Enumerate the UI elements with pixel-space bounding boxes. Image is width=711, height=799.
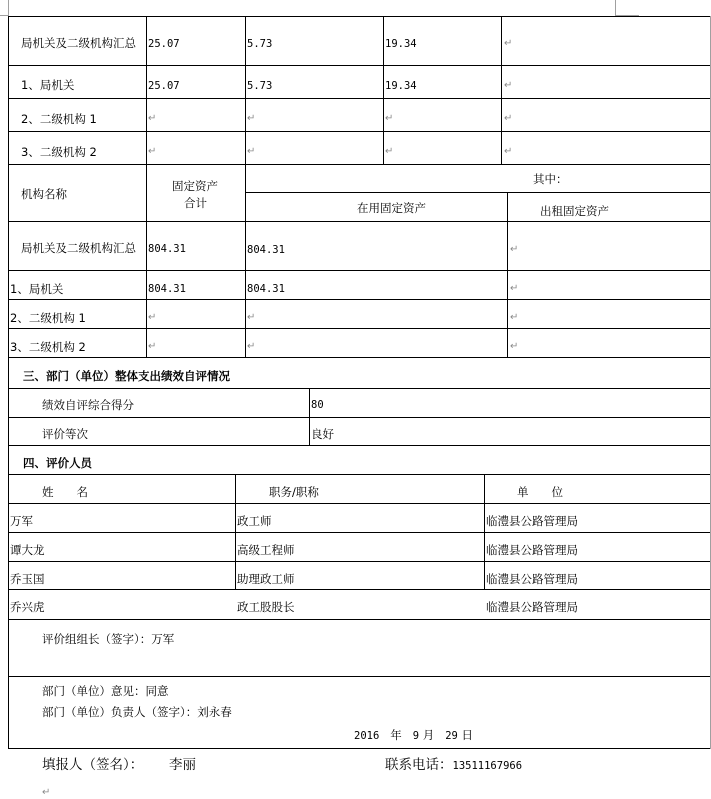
cell-value: 19.34	[385, 79, 417, 93]
evaluator-unit: 临澧县公路管理局	[486, 600, 578, 614]
evaluator-unit: 临澧县公路管理局	[486, 543, 578, 557]
paragraph-mark: ↵	[385, 113, 393, 125]
col-line	[309, 388, 310, 445]
phone-value: 13511167966	[453, 760, 523, 772]
header-unit: 单 位	[517, 485, 563, 499]
row-line	[245, 192, 710, 193]
row-line	[8, 619, 710, 620]
grade-label: 评价等次	[42, 427, 88, 441]
col-line	[235, 474, 236, 589]
row-line	[8, 164, 710, 165]
header-name: 姓 名	[42, 485, 88, 499]
evaluator-unit: 临澧县公路管理局	[486, 514, 578, 528]
col-line	[245, 16, 246, 164]
date-year-unit: 年	[390, 728, 402, 742]
col-line	[501, 16, 502, 164]
row-line	[8, 532, 710, 533]
paragraph-mark: ↵	[247, 113, 255, 125]
department-responsible: 部门（单位）负责人（签字）：刘永春	[42, 705, 232, 719]
paragraph-mark: ↵	[148, 113, 156, 125]
row-line	[8, 270, 710, 271]
col-line	[484, 474, 485, 589]
row-line	[8, 98, 710, 99]
date-year: 2016	[354, 730, 379, 742]
row-line	[8, 388, 710, 389]
org-name: 1、局机关	[10, 282, 63, 296]
header-rented: 出租固定资产	[540, 204, 609, 218]
approval-date: 2016 年 9 月 29 日	[354, 728, 473, 743]
cell-value: 804.31	[148, 242, 186, 256]
paragraph-mark: ↵	[42, 787, 50, 799]
evaluator-name: 谭大龙	[10, 543, 45, 557]
evaluator-unit: 临澧县公路管理局	[486, 572, 578, 586]
evaluator-name: 万军	[10, 514, 33, 528]
grade-value: 良好	[311, 427, 334, 441]
evaluator-title: 政工师	[237, 514, 272, 528]
row-line	[8, 299, 710, 300]
cell-value: 804.31	[247, 282, 285, 296]
evaluator-title: 高级工程师	[237, 543, 295, 557]
page-corner-mark	[615, 0, 616, 16]
evaluator-name: 乔兴虎	[10, 600, 45, 614]
row-line	[8, 589, 710, 590]
row-line	[8, 417, 710, 418]
section4-title: 四、评价人员	[23, 456, 92, 470]
row-line	[8, 357, 710, 358]
score-value: 80	[311, 398, 324, 412]
filler-name: 李丽	[169, 758, 196, 772]
contact-phone: 联系电话：13511167966	[385, 758, 522, 773]
paragraph-mark: ↵	[504, 38, 512, 50]
row-line	[8, 676, 710, 677]
evaluator-title: 政工股股长	[237, 600, 295, 614]
paragraph-mark: ↵	[510, 341, 518, 353]
cell-value: 804.31	[148, 282, 186, 296]
col-line	[383, 16, 384, 164]
org-name: 3、二级机构 2	[21, 145, 97, 159]
org-name: 2、二级机构 1	[21, 112, 97, 126]
paragraph-mark: ↵	[504, 80, 512, 92]
evaluator-name: 乔玉国	[10, 572, 45, 586]
cell-value: 5.73	[247, 79, 272, 93]
paragraph-mark: ↵	[247, 312, 255, 324]
paragraph-mark: ↵	[510, 283, 518, 295]
paragraph-mark: ↵	[504, 113, 512, 125]
org-name: 3、二级机构 2	[10, 340, 86, 354]
col-line	[146, 16, 147, 164]
org-name: 1、局机关	[21, 78, 74, 92]
date-month-unit: 月	[423, 728, 435, 742]
row-line	[8, 131, 710, 132]
org-name: 局机关及二级机构汇总	[21, 241, 136, 255]
table-border-top	[8, 16, 710, 17]
date-day: 29	[445, 730, 458, 742]
row-line	[8, 561, 710, 562]
document-page: 局机关及二级机构汇总 25.07 5.73 19.34 ↵ 1、局机关 25.0…	[0, 0, 711, 799]
page-corner-mark	[8, 0, 9, 16]
paragraph-mark: ↵	[510, 312, 518, 324]
date-day-unit: 日	[462, 728, 474, 742]
cell-value: 804.31	[247, 243, 285, 257]
col-line	[245, 164, 246, 357]
paragraph-mark: ↵	[148, 341, 156, 353]
score-label: 绩效自评综合得分	[42, 398, 134, 412]
header-total-line2: 合计	[184, 196, 207, 210]
paragraph-mark: ↵	[148, 146, 156, 158]
row-line	[8, 221, 710, 222]
paragraph-mark: ↵	[148, 312, 156, 324]
header-org-name: 机构名称	[21, 187, 67, 201]
cell-value: 25.07	[148, 79, 180, 93]
header-total-line1: 固定资产	[172, 179, 218, 193]
paragraph-mark: ↵	[385, 146, 393, 158]
table-border-left	[8, 16, 9, 749]
org-name: 局机关及二级机构汇总	[21, 36, 136, 50]
org-name: 2、二级机构 1	[10, 311, 86, 325]
row-line	[8, 503, 710, 504]
paragraph-mark: ↵	[510, 244, 518, 256]
col-line	[146, 164, 147, 357]
cell-value: 19.34	[385, 37, 417, 51]
row-line	[8, 65, 710, 66]
col-line	[507, 192, 508, 357]
paragraph-mark: ↵	[247, 146, 255, 158]
leader-signature: 评价组组长（签字）：万军	[42, 632, 174, 646]
date-month: 9	[413, 730, 419, 742]
phone-label: 联系电话：	[385, 757, 453, 773]
header-of-which: 其中：	[533, 172, 568, 186]
header-in-use: 在用固定资产	[357, 201, 426, 215]
paragraph-mark: ↵	[504, 146, 512, 158]
filler-label: 填报人（签名）：	[42, 758, 143, 772]
paragraph-mark: ↵	[247, 341, 255, 353]
section3-title: 三、部门（单位）整体支出绩效自评情况	[23, 369, 230, 383]
evaluator-title: 助理政工师	[237, 572, 295, 586]
cell-value: 25.07	[148, 37, 180, 51]
row-line	[8, 474, 710, 475]
header-title: 职务/职称	[269, 485, 319, 499]
department-opinion: 部门（单位）意见：同意	[42, 684, 169, 698]
row-line	[8, 328, 710, 329]
row-line	[8, 445, 710, 446]
table-border-bottom	[8, 748, 710, 749]
cell-value: 5.73	[247, 37, 272, 51]
